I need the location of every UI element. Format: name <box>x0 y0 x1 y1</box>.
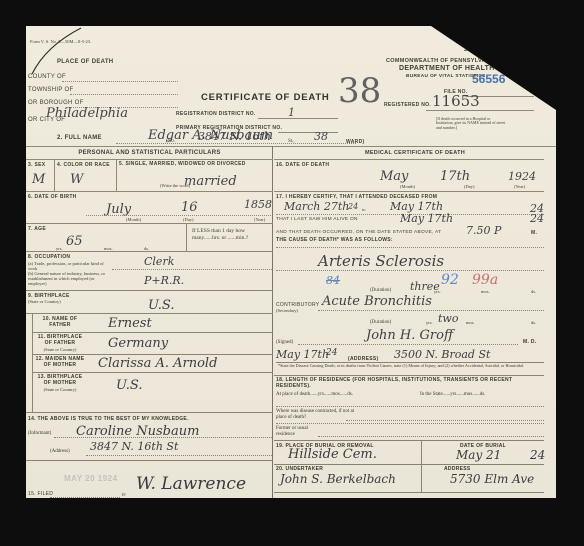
ward-label: Ward) <box>346 139 364 145</box>
date-of-death-label: 16. DATE OF DEATH <box>276 162 329 168</box>
signed-year: 24 <box>326 348 337 358</box>
undertaker-value: John S. Berkelbach <box>280 472 396 486</box>
occupation-b-label: (b) General nature of industry, business… <box>28 271 114 286</box>
mother-maiden-label: 12. MAIDEN NAME OF MOTHER <box>34 357 86 368</box>
commonwealth-label: COMMONWEALTH OF PENNSYLVANIA <box>386 58 496 64</box>
day-caption: (Day) <box>183 217 194 222</box>
death-month-caption: (Month) <box>400 184 415 189</box>
dob-day: 16 <box>181 200 198 215</box>
physician-address: 3500 N. Broad St <box>394 348 490 361</box>
dob-label: 6. DATE OF BIRTH <box>28 194 77 200</box>
st-label: St., <box>288 139 295 144</box>
month-caption: (Month) <box>126 217 141 222</box>
contracted-label: Where was disease contracted, if not at … <box>276 409 356 421</box>
ward-value: 38 <box>314 130 328 143</box>
birthplace-value: U.S. <box>148 298 174 313</box>
mother-birthplace-label: 13. BIRTHPLACE OF MOTHER <box>34 375 86 386</box>
to-label: to <box>362 207 366 212</box>
address-label: (Address) <box>50 449 70 454</box>
marital-label: 5. SINGLE, MARRIED, WIDOWED OR DIVORCED <box>119 162 269 168</box>
death-day: 17th <box>440 169 470 184</box>
occupation-label: 8. OCCUPATION <box>28 254 70 260</box>
certificate-title: CERTIFICATE OF DEATH <box>201 92 330 103</box>
m-label: M. <box>531 230 537 236</box>
death-year-caption: (Year) <box>514 184 525 189</box>
undertaker-address-value: 5730 Elm Ave <box>450 472 534 486</box>
mother-birthplace-value: U.S. <box>116 378 142 393</box>
registration-district-label: Registration District No. <box>176 111 256 117</box>
signed-label: (Signed) <box>276 340 293 345</box>
registration-district-value: 1 <box>288 106 295 119</box>
dob-year: 1858 <box>244 198 272 211</box>
attended-from: March 27th <box>284 200 349 213</box>
father-birthplace-label: 11. BIRTHPLACE OF FATHER <box>34 335 86 346</box>
year-caption: (Year) <box>254 217 265 222</box>
death-certificate: Form V. S. No. 5—50M—8-5-23. PLACE OF DE… <box>26 26 556 498</box>
last-saw-value: May 17th <box>400 212 453 225</box>
personal-section-title: PERSONAL AND STATISTICAL PARTICULARS <box>26 150 273 156</box>
signed-date: May 17th <box>276 348 329 361</box>
local-registrar-label: Local Registrar <box>216 500 273 506</box>
occupation-a-label: (a) Trade, profession, or particular kin… <box>28 261 110 271</box>
code-red: 99a <box>472 272 498 288</box>
duration-mos: mos. <box>481 289 490 294</box>
filed-19: 19 <box>121 492 126 497</box>
cause-value: Arteris Sclerosis <box>318 252 444 270</box>
birthplace-hint: (State or Country) <box>28 299 61 304</box>
duration-label: (Duration) <box>370 288 391 293</box>
city-value: Philadelphia <box>46 106 128 121</box>
filed-date-stamp: MAY 20 1924 <box>64 474 118 483</box>
big-handwritten-number: 38 <box>338 71 381 111</box>
occupation-a-value: Clerk <box>144 255 174 268</box>
md-label: M. D. <box>523 339 536 345</box>
code-blue: 92 <box>441 272 459 288</box>
contributory-yrs: yrs. <box>426 320 433 325</box>
father-name-value: Ernest <box>108 316 152 331</box>
registrar-signature: W. Lawrence <box>136 474 246 494</box>
registered-no-value: 11653 <box>432 92 480 110</box>
hospital-note: [If death occurred in a Hospital or Inst… <box>436 117 506 130</box>
burial-date-value: May 21 <box>456 448 501 462</box>
father-birthplace-hint: (State or Country) <box>34 347 86 352</box>
street-no-label: (No. <box>166 139 175 144</box>
sex-label: 3. SEX <box>28 162 45 168</box>
time-value: 7.50 P <box>466 224 501 237</box>
occupation-b-value: P+R.R. <box>144 274 184 287</box>
attended-from-year: 24 <box>348 202 358 211</box>
cause-footnote: *State the Disease Causing Death; or in … <box>278 364 544 369</box>
contributory-value: Acute Bronchitis <box>322 294 432 309</box>
burial-value: Hillside Cem. <box>288 447 377 462</box>
medical-section-title: MEDICAL CERTIFICATE OF DEATH <box>274 150 556 156</box>
informant-label: (Informant) <box>28 431 51 436</box>
contributory-mos: mos. <box>466 320 475 325</box>
duration-ds: ds. <box>531 289 536 294</box>
street-value: 3847 N. 16th <box>198 130 271 143</box>
stamped-file-number: 56556 <box>472 72 505 86</box>
pencil-number: 215 <box>464 40 487 54</box>
address-value: 3847 N. 16th St <box>90 440 178 453</box>
burial-year: 24 <box>530 448 545 462</box>
contributory-duration-label: (Duration) <box>370 320 391 325</box>
township-label: Township of <box>28 87 73 93</box>
father-name-label: 10. NAME OF FATHER <box>34 317 86 328</box>
full-name-label: 2. FULL NAME <box>57 135 102 141</box>
residence-label: 18. LENGTH OF RESIDENCE (For Hospitals, … <box>276 378 544 389</box>
color-value: W <box>70 172 83 187</box>
age-label: 7. AGE <box>28 226 46 232</box>
registered-no-label: Registered No. <box>384 102 431 108</box>
physician-signature: John H. Groff <box>366 328 453 343</box>
struck-code: 84 <box>326 274 340 287</box>
less-than-day-note: If LESS than 1 day how many......hrs. or… <box>192 228 270 242</box>
father-birthplace-value: Germany <box>108 336 168 351</box>
informant-statement: 14. THE ABOVE IS TRUE TO THE BEST OF MY … <box>28 416 189 422</box>
secondary-hint: (Secondary) <box>276 308 298 313</box>
death-day-caption: (Day) <box>464 184 475 189</box>
last-saw-label: that I last saw him alive on <box>276 217 358 222</box>
color-label: 4. COLOR OR RACE <box>57 162 110 168</box>
contributory-duration-value: two <box>438 312 458 325</box>
sex-value: M <box>32 172 45 187</box>
mother-maiden-value: Clarissa A. Arnold <box>98 356 217 371</box>
death-month: May <box>380 169 408 184</box>
age-value: 65 <box>66 234 83 249</box>
in-state-label: In the State......yrs......mos......ds. <box>420 392 544 398</box>
marital-value: married <box>184 174 237 189</box>
fold-mark-icon <box>26 26 86 76</box>
contributory-ds: ds. <box>531 320 536 325</box>
last-saw-year: 24 <box>530 212 544 225</box>
department-label: DEPARTMENT OF HEALTH <box>399 65 495 72</box>
mother-birthplace-hint: (State or Country) <box>34 387 86 392</box>
death-year: 1924 <box>508 170 536 183</box>
occurred-label: and that death occurred, on the date sta… <box>276 230 441 235</box>
cause-label: The CAUSE OF DEATH* was as follows: <box>276 237 393 243</box>
at-place-label: At place of death......yrs......mos.....… <box>276 392 396 398</box>
duration-yrs: yrs. <box>434 289 441 294</box>
